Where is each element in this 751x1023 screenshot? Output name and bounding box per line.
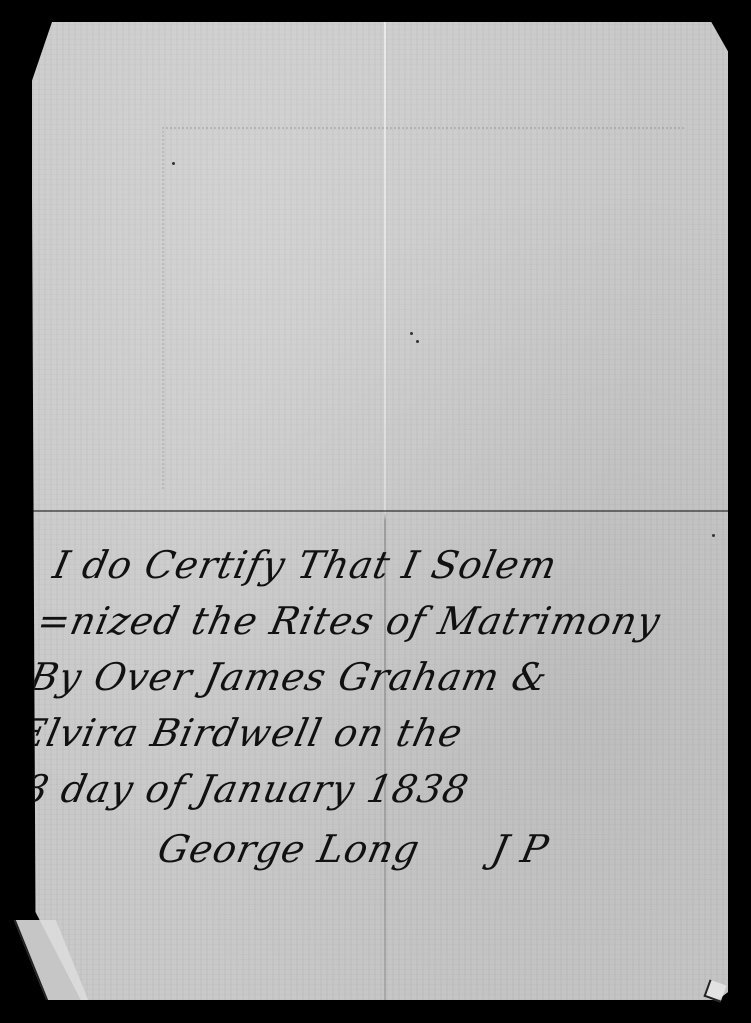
ink-speck xyxy=(172,162,175,165)
signature-title: J P xyxy=(488,827,553,871)
signature-line: George Long J P xyxy=(153,821,650,877)
ink-speck xyxy=(416,340,419,343)
handwriting-line-1: I do Certify That I Solem xyxy=(48,537,710,593)
certificate-paper: I do Certify That I Solem =nized the Rit… xyxy=(32,22,728,1000)
handwriting-line-3: By Over James Graham & xyxy=(24,649,686,705)
handwriting-line-5: 18 day of January 1838 xyxy=(0,761,662,817)
ink-speck xyxy=(410,332,413,335)
handwriting-line-4: Elvira Birdwell on the xyxy=(12,705,674,761)
scan-background: I do Certify That I Solem =nized the Rit… xyxy=(0,0,751,1023)
handwriting-line-2: =nized the Rites of Matrimony xyxy=(32,593,698,649)
handwritten-certificate-text: I do Certify That I Solem =nized the Rit… xyxy=(0,537,710,877)
signature-name: George Long xyxy=(154,827,424,871)
bleed-through-border xyxy=(162,127,684,489)
horizontal-fold-line xyxy=(32,510,728,512)
ink-speck xyxy=(712,534,715,537)
